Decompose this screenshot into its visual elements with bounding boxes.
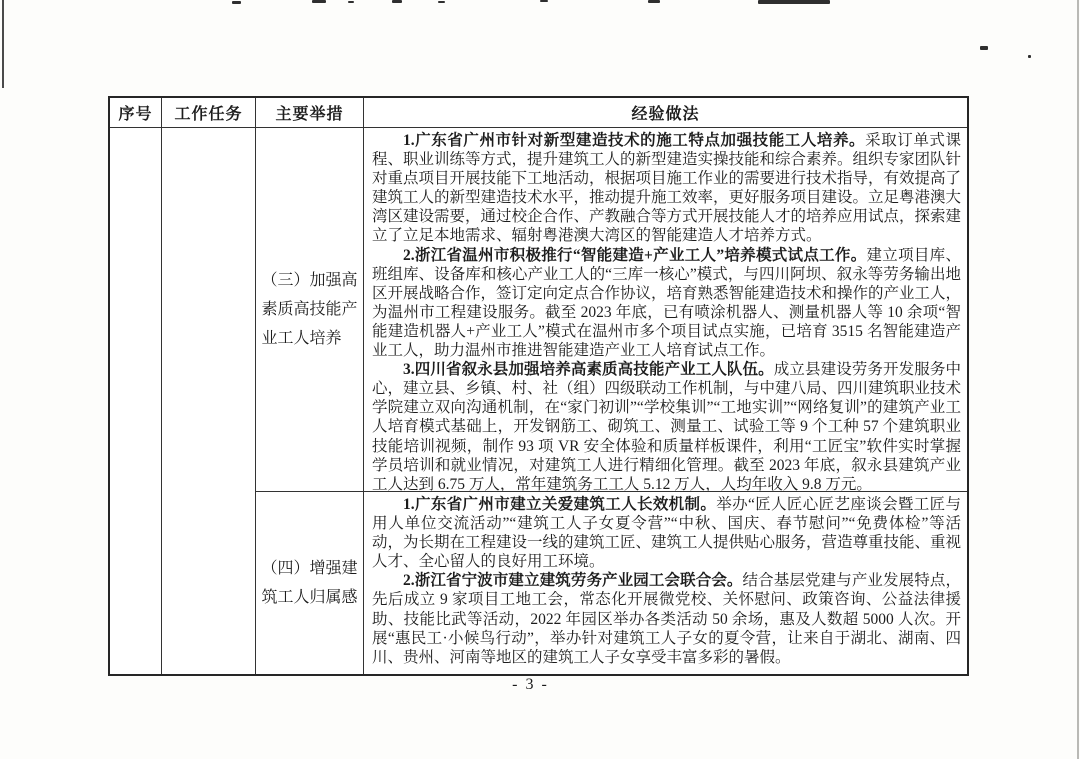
paragraph-lead: 2.浙江省温州市积极推行“智能建造+产业工人”培养模式试点工作。 [403, 247, 867, 264]
column-header-serial: 序号 [110, 98, 162, 128]
practice-cell-row3: 1.广东省广州市针对新型建造技术的施工特点加强技能工人培养。采取订单式课程、职业… [364, 128, 967, 492]
scan-speck [232, 1, 241, 4]
experience-practices-table: 序号 工作任务 主要举措 经验做法 （三）加强高素质高技能产业工人培养 1.广东… [108, 96, 969, 676]
scan-speck [648, 0, 660, 3]
task-cell-empty [162, 128, 256, 674]
practice-paragraph: 2.浙江省温州市积极推行“智能建造+产业工人”培养模式试点工作。建立项目库、班组… [372, 246, 961, 361]
measure-label: （三）加强高素质高技能产业工人培养 [262, 266, 358, 353]
scan-edge-line-right [1077, 0, 1079, 759]
paragraph-body: 成立县建设劳务开发服务中心，建立县、乡镇、村、社（组）四级联动工作机制，与中建八… [372, 361, 961, 492]
practice-paragraph: 1.广东省广州市针对新型建造技术的施工特点加强技能工人培养。采取订单式课程、职业… [372, 131, 961, 246]
measure-label: （四）增强建筑工人归属感 [262, 554, 358, 612]
paragraph-lead: 1.广东省广州市针对新型建造技术的施工特点加强技能工人培养。 [403, 132, 865, 149]
scan-speck [980, 46, 988, 50]
scan-speck [348, 1, 354, 3]
measure-cell-row3: （三）加强高素质高技能产业工人培养 [256, 128, 364, 492]
practice-paragraph: 3.四川省叙永县加强培养高素质高技能产业工人队伍。成立县建设劳务开发服务中心，建… [372, 360, 961, 492]
paragraph-lead: 2.浙江省宁波市建立建筑劳务产业园工会联合会。 [403, 572, 743, 589]
column-header-practice: 经验做法 [364, 98, 967, 128]
practice-paragraph: 2.浙江省宁波市建立建筑劳务产业园工会联合会。结合基层党建与产业发展特点，先后成… [372, 571, 961, 666]
paragraph-lead: 1.广东省广州市建立关爱建筑工人长效机制。 [403, 496, 716, 513]
scan-speck [392, 0, 402, 3]
scan-edge-line-left [2, 0, 4, 88]
column-header-measure: 主要举措 [256, 98, 364, 128]
scan-speck [438, 1, 445, 3]
scanned-document-page: 序号 工作任务 主要举措 经验做法 （三）加强高素质高技能产业工人培养 1.广东… [0, 0, 1080, 759]
scan-speck [758, 0, 830, 4]
practice-cell-row4: 1.广东省广州市建立关爱建筑工人长效机制。举办“匠人匠心匠艺座谈会暨工匠与用人单… [364, 492, 967, 674]
scan-speck [540, 0, 548, 2]
column-header-task: 工作任务 [162, 98, 256, 128]
page-number: - 3 - [108, 676, 953, 694]
measure-cell-row4: （四）增强建筑工人归属感 [256, 492, 364, 674]
practice-paragraph: 1.广东省广州市建立关爱建筑工人长效机制。举办“匠人匠心匠艺座谈会暨工匠与用人单… [372, 495, 961, 571]
scan-speck [1028, 55, 1031, 58]
paragraph-lead: 3.四川省叙永县加强培养高素质高技能产业工人队伍。 [403, 361, 774, 378]
scan-speck [312, 0, 326, 3]
serial-cell-empty [110, 128, 162, 674]
